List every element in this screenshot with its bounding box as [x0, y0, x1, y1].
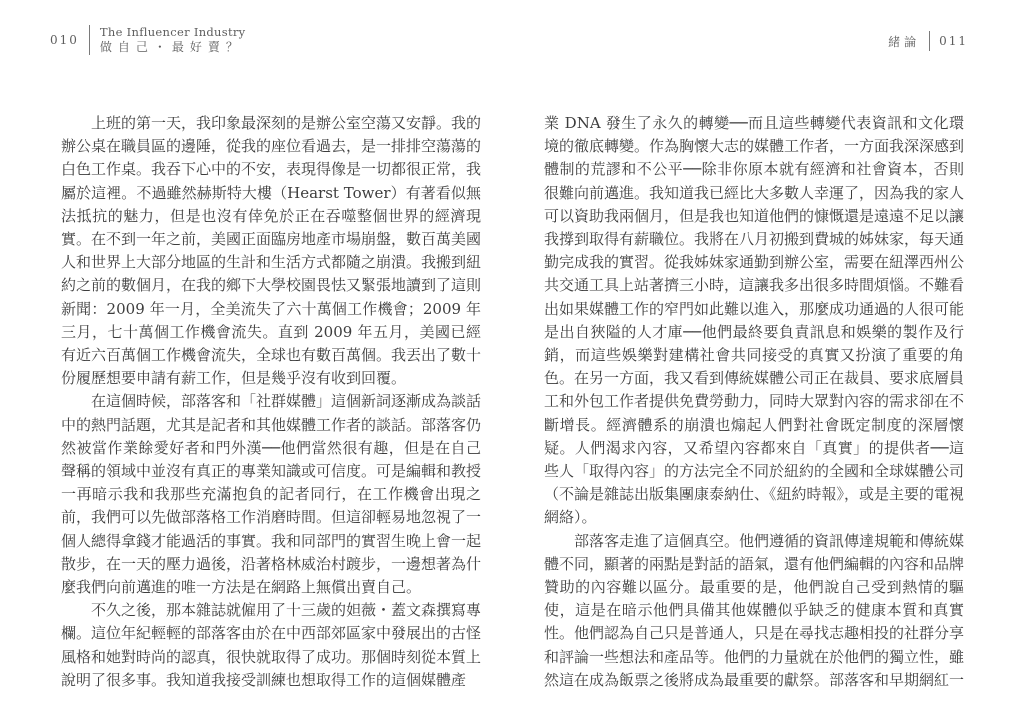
chapter-title: 緒論	[888, 33, 920, 50]
left-page-header: 010 The Influencer Industry 做自己・最好賣？	[50, 25, 245, 55]
left-page-text: 上班的第一天，我印象最深刻的是辦公室空蕩又安靜。我的辦公桌在職員區的邊陲，從我的…	[61, 112, 481, 692]
header-divider	[929, 31, 930, 51]
paragraph: 上班的第一天，我印象最深刻的是辦公室空蕩又安靜。我的辦公桌在職員區的邊陲，從我的…	[61, 112, 481, 390]
left-page-number: 010	[50, 33, 79, 47]
paragraph: 部落客走進了這個真空。他們遵循的資訊傳達規範和傳統媒體不同，顯著的兩點是對話的語…	[544, 530, 964, 692]
book-spread: 010 The Influencer Industry 做自己・最好賣？ 緒論 …	[0, 0, 1024, 726]
series-title: The Influencer Industry	[100, 25, 246, 39]
paragraph: 業 DNA 發生了永久的轉變──而且這些轉變代表資訊和文化環境的徹底轉變。作為胸…	[544, 112, 964, 530]
right-page-text: 業 DNA 發生了永久的轉變──而且這些轉變代表資訊和文化環境的徹底轉變。作為胸…	[544, 112, 964, 692]
header-titles: The Influencer Industry 做自己・最好賣？	[100, 25, 246, 54]
right-page-number: 011	[939, 34, 968, 48]
book-title: 做自己・最好賣？	[100, 40, 246, 55]
paragraph: 不久之後，那本雜誌就僱用了十三歲的妲薇・蓋文森撰寫專欄。這位年紀輕輕的部落客由於…	[61, 599, 481, 692]
right-page-header: 緒論 011	[888, 31, 968, 51]
header-divider	[89, 25, 90, 55]
paragraph: 在這個時候，部落客和「社群媒體」這個新詞逐漸成為談話中的熱門話題，尤其是記者和其…	[61, 390, 481, 599]
